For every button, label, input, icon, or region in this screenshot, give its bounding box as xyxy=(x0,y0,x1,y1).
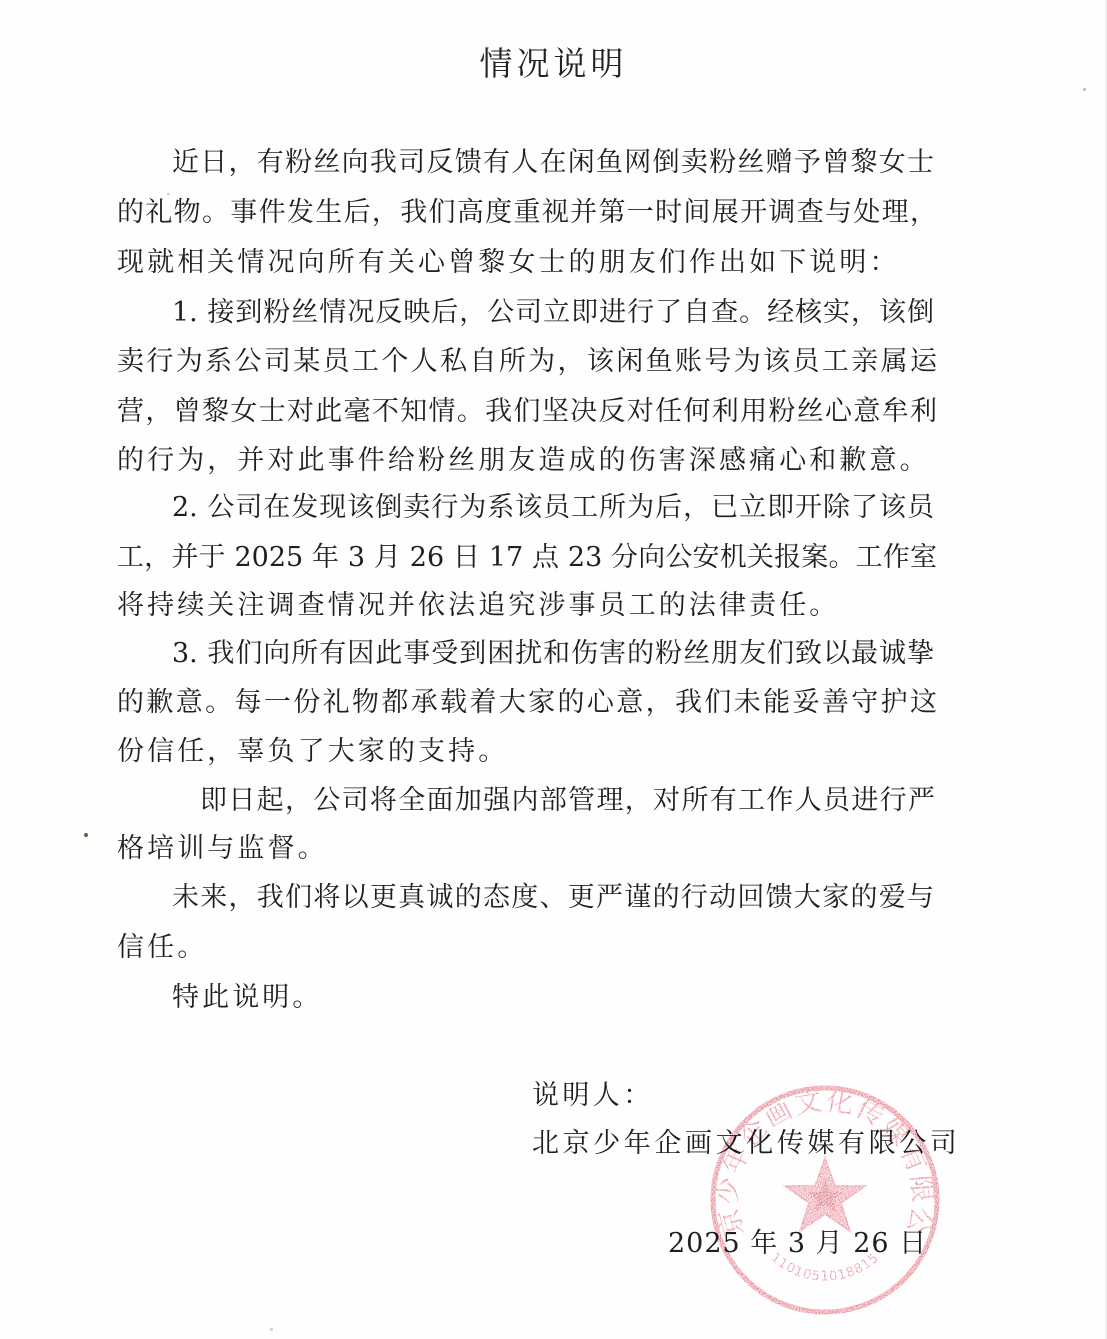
item-1-line-3: 营，曾黎女士对此毫不知情。我们坚决反对任何利用粉丝心意牟利 xyxy=(117,395,937,429)
item-2-line-2: 工，并于 2025 年 3 月 26 日 17 点 23 分向公安机关报案。工作… xyxy=(117,541,937,575)
paragraph-intro-line-2: 的礼物。事件发生后，我们高度重视并第一时间展开调查与处理， xyxy=(117,196,937,230)
document-title: 情况说明 xyxy=(0,38,1107,85)
item-2-line-3: 将持续关注调查情况并依法追究涉事员工的法律责任。 xyxy=(117,589,937,623)
scan-speck xyxy=(270,1328,273,1331)
paragraph-future-line-1: 未来，我们将以更真诚的态度、更严谨的行动回馈大家的爱与 xyxy=(172,881,934,915)
paragraph-intro-line-1: 近日，有粉丝向我司反馈有人在闲鱼网倒卖粉丝赠予曾黎女士 xyxy=(172,146,934,180)
scan-speck xyxy=(84,833,88,837)
official-seal-stamp: 北京少年企画文化传媒有限公司 1101051018815 xyxy=(705,1080,945,1320)
svg-text:1101051018815: 1101051018815 xyxy=(768,1250,883,1284)
signatory-label: 说明人： xyxy=(532,1079,654,1113)
seal-registration-code: 1101051018815 xyxy=(768,1250,883,1284)
paragraph-management-line-2: 格培训与监督。 xyxy=(117,832,937,866)
item-3-line-3: 份信任，辜负了大家的支持。 xyxy=(117,735,937,769)
paragraph-management-line-1: 即日起，公司将全面加强内部管理，对所有工作人员进行严 xyxy=(200,784,935,818)
item-2-line-1: 2. 公司在发现该倒卖行为系该员工所为后，已立即开除了该员 xyxy=(172,491,934,525)
scan-speck xyxy=(1083,88,1086,91)
item-3-line-2: 的歉意。每一份礼物都承载着大家的心意，我们未能妥善守护这 xyxy=(117,686,937,720)
document-page: 情况说明 近日，有粉丝向我司反馈有人在闲鱼网倒卖粉丝赠予曾黎女士 的礼物。事件发… xyxy=(0,0,1107,1339)
item-1-line-2: 卖行为系公司某员工个人私自所为，该闲鱼账号为该员工亲属运 xyxy=(117,345,937,379)
scan-speck xyxy=(167,193,170,195)
item-1-line-4: 的行为，并对此事件给粉丝朋友造成的伤害深感痛心和歉意。 xyxy=(117,444,937,478)
item-3-line-1: 3. 我们向所有因此事受到困扰和伤害的粉丝朋友们致以最诚挚 xyxy=(172,637,934,671)
closing-statement: 特此说明。 xyxy=(172,981,992,1015)
item-1-line-1: 1. 接到粉丝情况反映后，公司立即进行了自查。经核实，该倒 xyxy=(172,296,934,330)
paragraph-future-line-2: 信任。 xyxy=(117,931,937,965)
paragraph-intro-line-3: 现就相关情况向所有关心曾黎女士的朋友们作出如下说明： xyxy=(117,246,937,280)
